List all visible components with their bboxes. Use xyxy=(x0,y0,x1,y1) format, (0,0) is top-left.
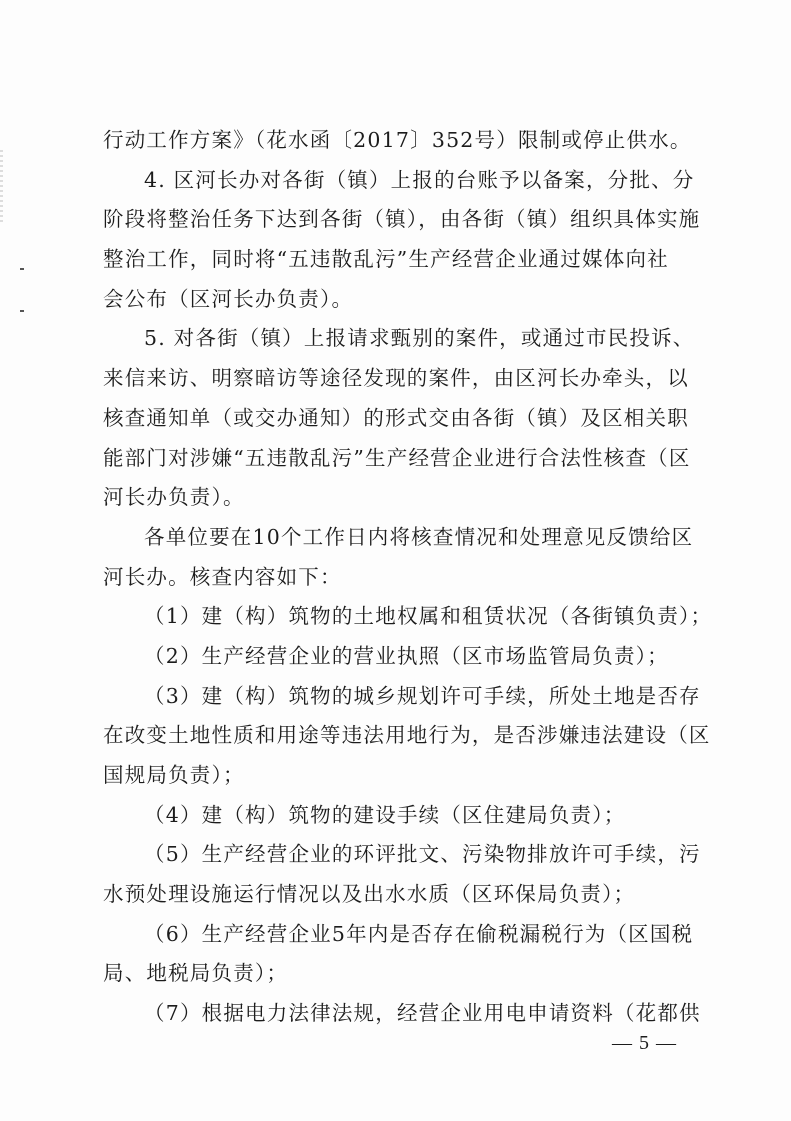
text-line: 5. 对各街（镇）上报请求甄别的案件，或通过市民投诉、 xyxy=(103,319,671,359)
margin-dot xyxy=(20,310,24,312)
binding-margin-mark xyxy=(0,150,3,225)
text-line: 阶段将整治任务下达到各街（镇），由各街（镇）组织具体实施 xyxy=(103,200,671,240)
text-line: （1）建（构）筑物的土地权属和租赁状况（各街镇负责）； xyxy=(103,597,671,637)
text-line: 河长办。核查内容如下： xyxy=(103,558,671,598)
text-line: 4. 区河长办对各街（镇）上报的台账予以备案，分批、分 xyxy=(103,161,671,201)
text-line: 在改变土地性质和用途等违法用地行为，是否涉嫌违法建设（区 xyxy=(103,716,671,756)
text-line: （6）生产经营企业5年内是否存在偷税漏税行为（区国税 xyxy=(103,915,671,955)
text-line: 各单位要在10个工作日内将核查情况和处理意见反馈给区 xyxy=(103,518,671,558)
text-line: 核查通知单（或交办通知）的形式交由各街（镇）及区相关职 xyxy=(103,399,671,439)
text-line: 国规局负责）； xyxy=(103,756,671,796)
text-line: （2）生产经营企业的营业执照（区市场监管局负责）； xyxy=(103,637,671,677)
page-number: — 5 — xyxy=(612,1032,677,1055)
text-line: 河长办负责）。 xyxy=(103,478,671,518)
text-line: 行动工作方案》（花水函〔2017〕352号）限制或停止供水。 xyxy=(103,121,671,161)
text-line: 会公布（区河长办负责）。 xyxy=(103,280,671,320)
text-line: （5）生产经营企业的环评批文、污染物排放许可手续，污 xyxy=(103,835,671,875)
text-line: （4）建（构）筑物的建设手续（区住建局负责）； xyxy=(103,796,671,836)
text-line: 来信来访、明察暗访等途径发现的案件，由区河长办牵头，以 xyxy=(103,359,671,399)
margin-dot xyxy=(20,268,24,270)
text-line: 能部门对涉嫌“五违散乱污”生产经营企业进行合法性核查（区 xyxy=(103,439,671,479)
text-line: 局、地税局负责）； xyxy=(103,954,671,994)
text-line: 整治工作，同时将“五违散乱污”生产经营企业通过媒体向社 xyxy=(103,240,671,280)
text-line: 水预处理设施运行情况以及出水水质（区环保局负责）； xyxy=(103,875,671,915)
document-page: 行动工作方案》（花水函〔2017〕352号）限制或停止供水。4. 区河长办对各街… xyxy=(0,0,791,1121)
document-body: 行动工作方案》（花水函〔2017〕352号）限制或停止供水。4. 区河长办对各街… xyxy=(103,121,671,1034)
text-line: （7）根据电力法律法规，经营企业用电申请资料（花都供 xyxy=(103,994,671,1034)
text-line: （3）建（构）筑物的城乡规划许可手续，所处土地是否存 xyxy=(103,677,671,717)
